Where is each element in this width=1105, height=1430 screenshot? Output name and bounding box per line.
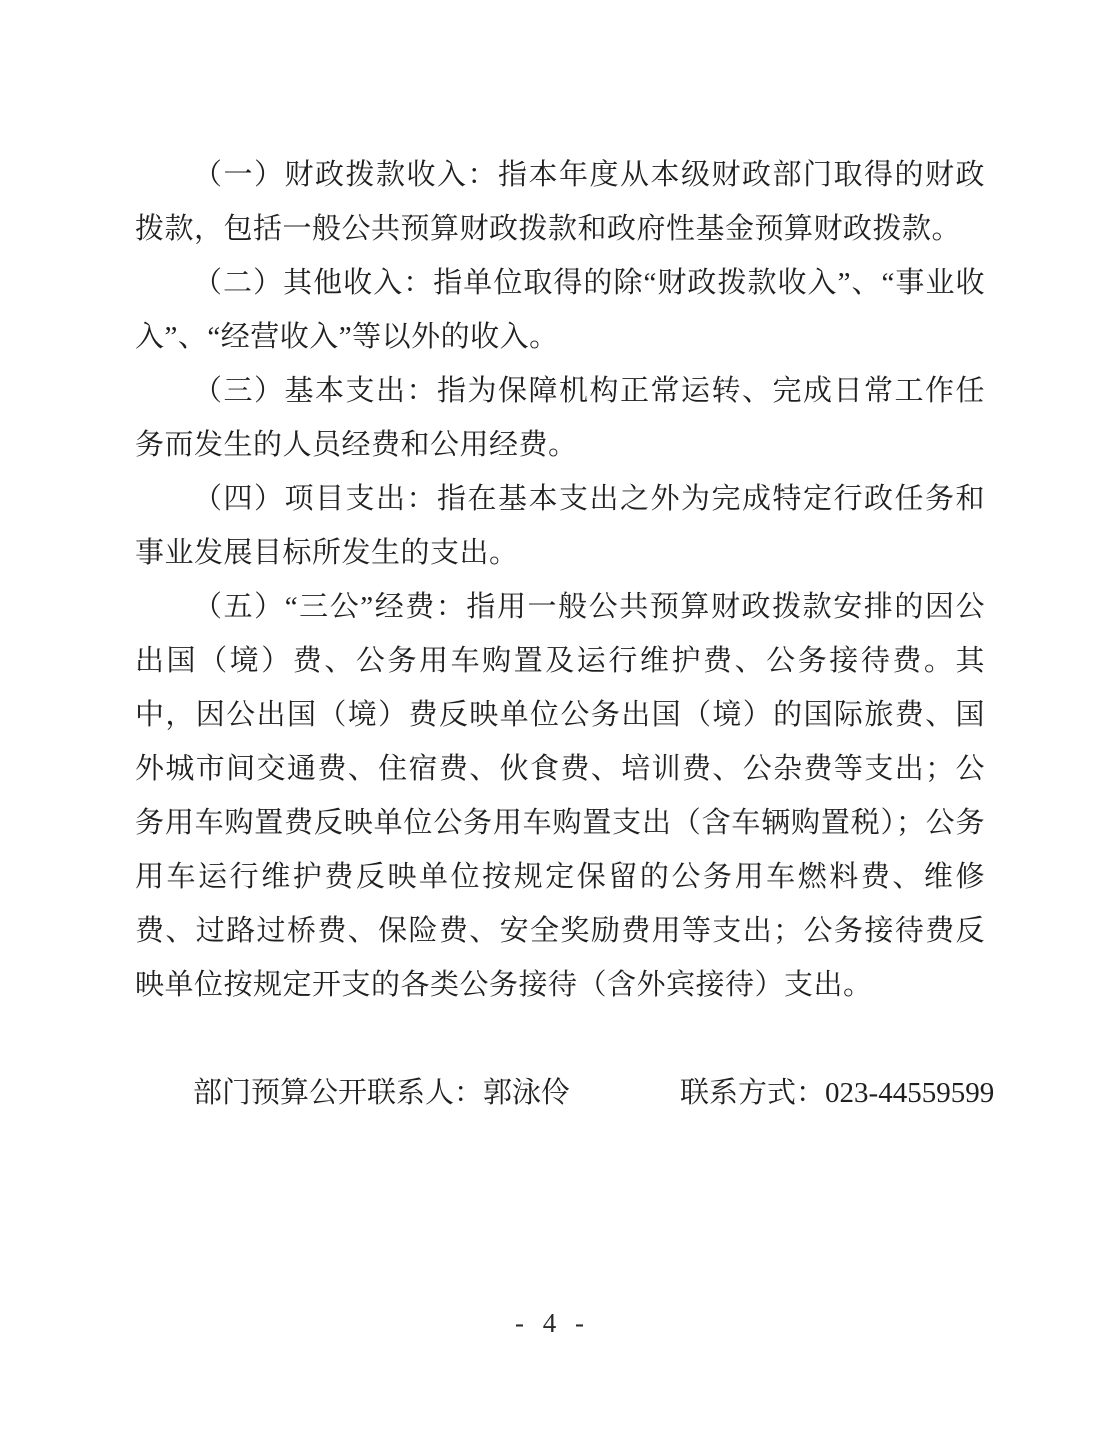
document-body: （一）财政拨款收入：指本年度从本级财政部门取得的财政拨款，包括一般公共预算财政拨… [135,148,985,1120]
contact-person-name: 郭泳伶 [483,1077,570,1109]
paragraph-other-income: （二）其他收入：指单位取得的除“财政拨款收入”、“事业收入”、“经营收入”等以外… [135,256,985,364]
contact-phone-label: 联系方式： [680,1077,825,1109]
contact-person-label: 部门预算公开联系人： [193,1077,483,1109]
page-number: - 4 - [0,1303,1105,1343]
contact-phone-number: 023-44559599 [825,1077,994,1109]
contact-line: 部门预算公开联系人：郭泳伶联系方式：023-44559599 [135,1066,985,1120]
paragraph-fiscal-appropriation-income: （一）财政拨款收入：指本年度从本级财政部门取得的财政拨款，包括一般公共预算财政拨… [135,148,985,256]
document-page: （一）财政拨款收入：指本年度从本级财政部门取得的财政拨款，包括一般公共预算财政拨… [0,0,1105,1430]
paragraph-project-expenditure: （四）项目支出：指在基本支出之外为完成特定行政任务和事业发展目标所发生的支出。 [135,472,985,580]
paragraph-basic-expenditure: （三）基本支出：指为保障机构正常运转、完成日常工作任务而发生的人员经费和公用经费… [135,364,985,472]
paragraph-three-public-funds: （五）“三公”经费：指用一般公共预算财政拨款安排的因公出国（境）费、公务用车购置… [135,580,985,1012]
